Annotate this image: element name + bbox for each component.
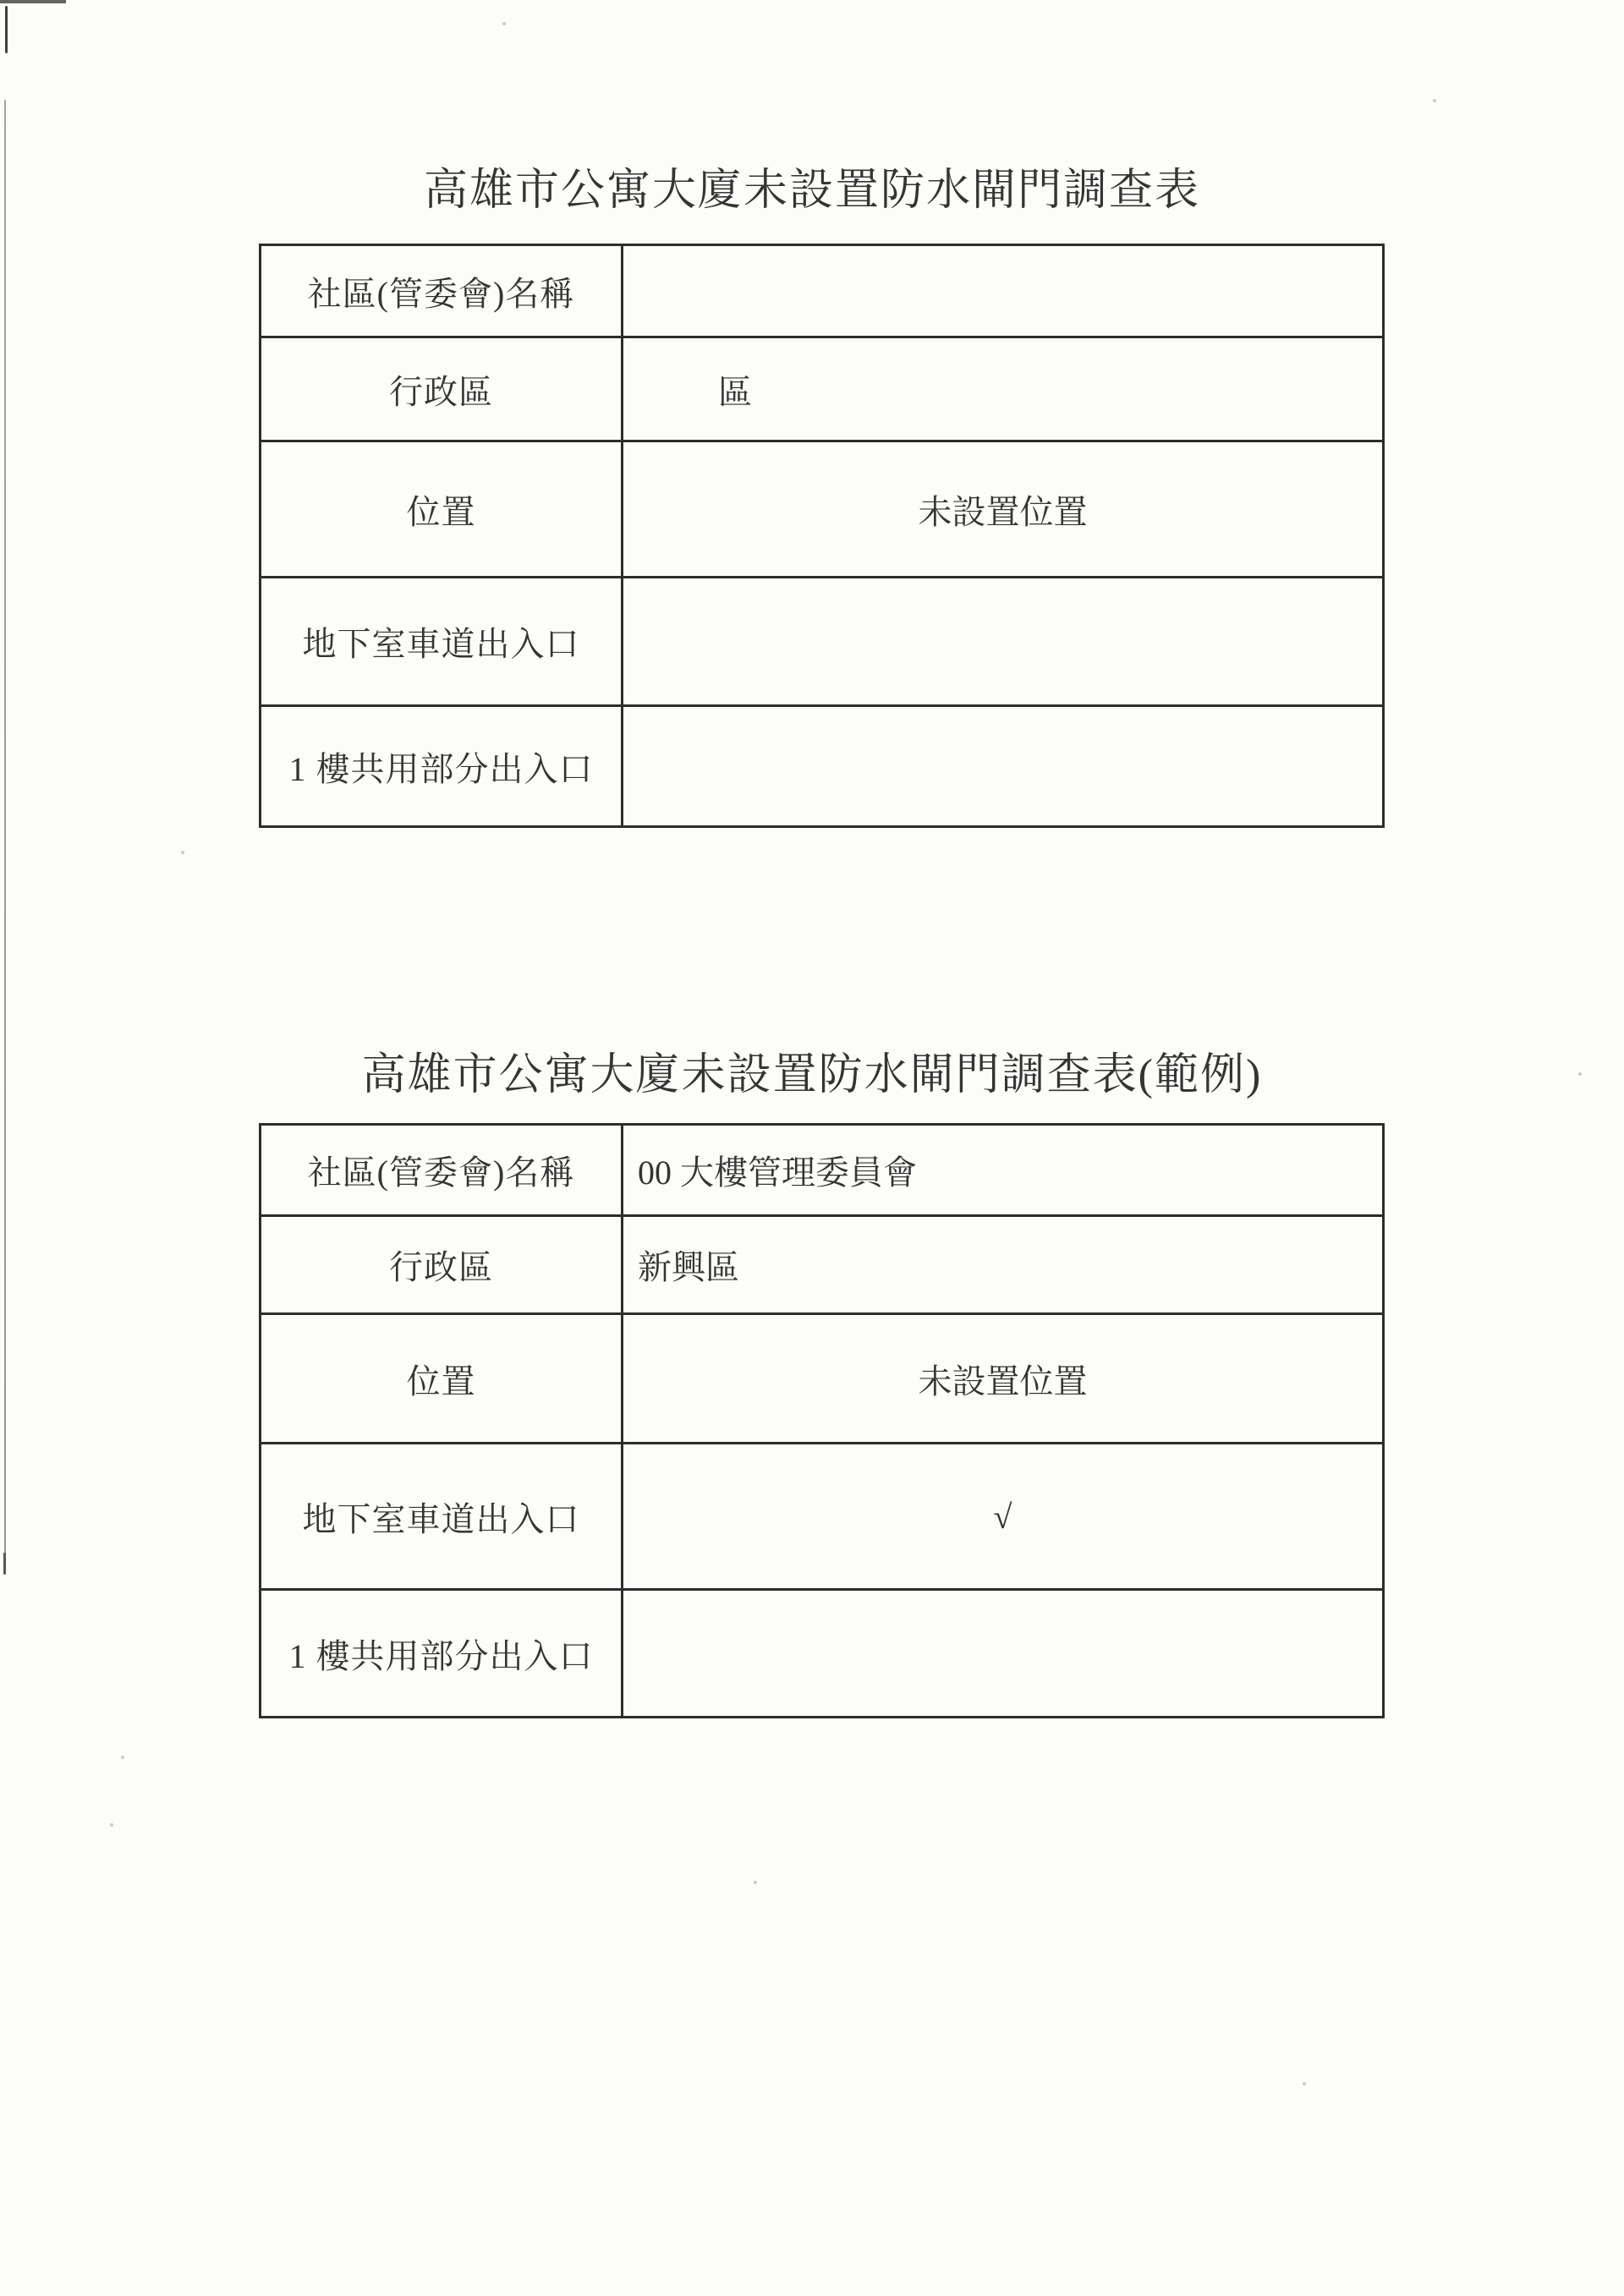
row-label-first-floor-common-entrance: 1 樓共用部分出入口	[261, 1590, 623, 1718]
row-value-first-floor-common-entrance	[623, 1590, 1384, 1718]
scan-smudge	[0, 0, 66, 3]
row-value-community-name	[623, 245, 1384, 337]
table-row: 地下室車道出入口	[261, 578, 1384, 706]
table-row: 行政區 區	[261, 337, 1384, 441]
table-row: 1 樓共用部分出入口	[261, 1590, 1384, 1718]
survey-table-blank: 社區(管委會)名稱 行政區 區 位置 未設置位置 地下室車道出入口 1 樓共用部…	[259, 244, 1385, 828]
row-label-community-name: 社區(管委會)名稱	[261, 245, 623, 337]
scan-speck	[754, 1881, 757, 1884]
scanned-page: 高雄市公寓大廈未設置防水閘門調查表 社區(管委會)名稱 行政區 區 位置 未設置…	[0, 0, 1624, 2296]
row-label-district: 行政區	[261, 1216, 623, 1314]
row-value-district: 新興區	[623, 1216, 1384, 1314]
survey-table-example: 社區(管委會)名稱 00 大樓管理委員會 行政區 新興區 位置 未設置位置 地下…	[259, 1123, 1385, 1718]
row-label-first-floor-common-entrance: 1 樓共用部分出入口	[261, 706, 623, 827]
scan-speck	[1303, 2082, 1306, 2085]
table-row: 1 樓共用部分出入口	[261, 706, 1384, 827]
checkmark: √	[623, 1444, 1384, 1590]
row-label-basement-driveway-entrance: 地下室車道出入口	[261, 578, 623, 706]
table-row: 位置 未設置位置	[261, 1314, 1384, 1444]
table-row: 地下室車道出入口 √	[261, 1444, 1384, 1590]
row-label-district: 行政區	[261, 337, 623, 441]
row-value-first-floor-common-entrance	[623, 706, 1384, 827]
row-value-location-header: 未設置位置	[623, 441, 1384, 578]
scan-speck	[121, 1756, 124, 1759]
scan-artifact-line	[4, 100, 6, 1556]
scan-speck	[181, 851, 184, 854]
row-value-district: 區	[623, 337, 1384, 441]
row-value-location-header: 未設置位置	[623, 1314, 1384, 1444]
scan-speck	[110, 1823, 113, 1827]
row-label-community-name: 社區(管委會)名稱	[261, 1125, 623, 1216]
table-row: 社區(管委會)名稱 00 大樓管理委員會	[261, 1125, 1384, 1216]
scan-speck	[502, 22, 506, 25]
table-row: 社區(管委會)名稱	[261, 245, 1384, 337]
scan-artifact-line	[5, 6, 8, 53]
scan-artifact-line	[3, 1553, 6, 1575]
table-row: 行政區 新興區	[261, 1216, 1384, 1314]
row-label-basement-driveway-entrance: 地下室車道出入口	[261, 1444, 623, 1590]
row-value-basement-driveway-entrance	[623, 578, 1384, 706]
table-row: 位置 未設置位置	[261, 441, 1384, 578]
row-value-community-name: 00 大樓管理委員會	[623, 1125, 1384, 1216]
row-label-location: 位置	[261, 441, 623, 578]
scan-speck	[1433, 99, 1436, 102]
row-label-location: 位置	[261, 1314, 623, 1444]
form-title-blank: 高雄市公寓大廈未設置防水閘門調查表	[0, 166, 1624, 216]
form-title-example: 高雄市公寓大廈未設置防水閘門調查表(範例)	[0, 1050, 1624, 1101]
